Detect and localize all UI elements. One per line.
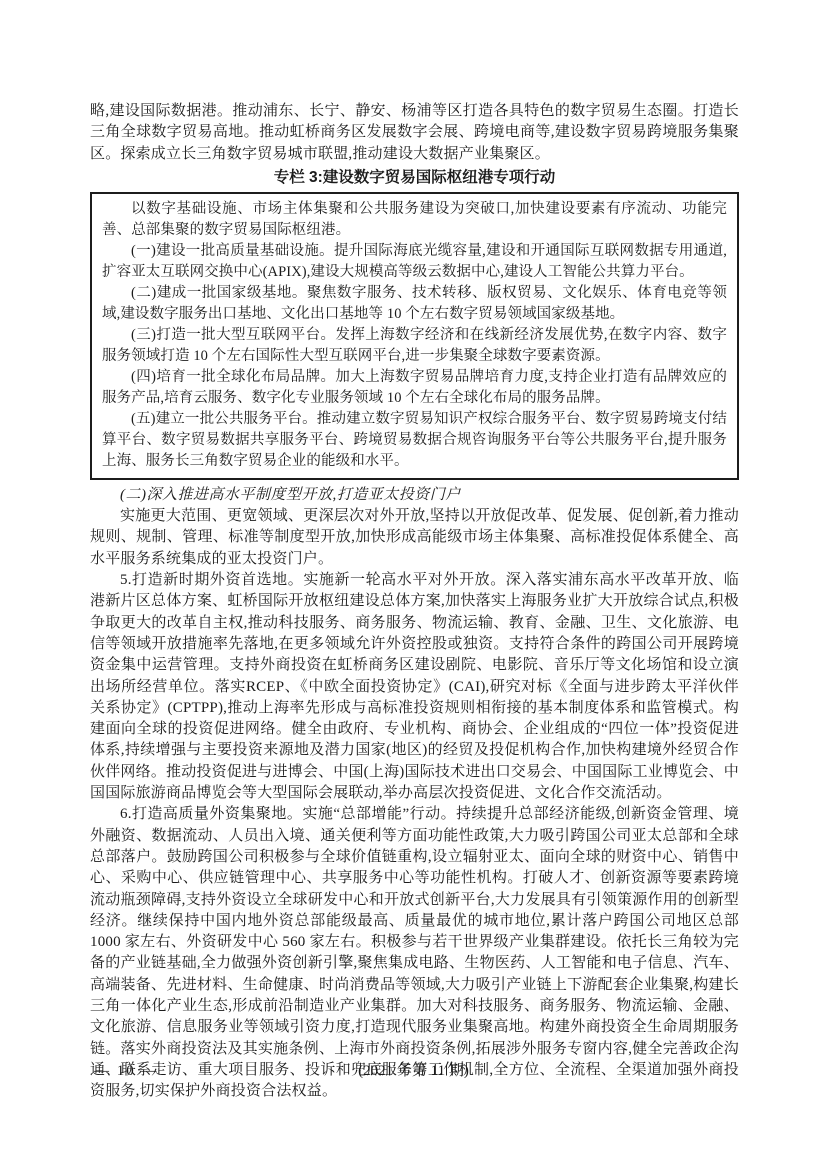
page-footer: — 10 — (2021 年第 11 期) [0, 1061, 827, 1083]
box-paragraph-overview: 以数字基础设施、市场主体集聚和公共服务建设为突破口,加快建设要素有序流动、功能完… [102, 199, 727, 241]
callout-box: 以数字基础设施、市场主体集聚和公共服务建设为突破口,加快建设要素有序流动、功能完… [90, 192, 739, 480]
section-heading: (二)深入推进高水平制度型开放,打造亚太投资门户 [90, 485, 739, 506]
paragraph-foreign-capital-cluster: 6.打造高质量外资集聚地。实施“总部增能”行动。持续提升总部经济能级,创新资金管… [90, 804, 739, 1102]
issue-label: (2021 年第 11 期) [0, 1061, 827, 1082]
box-paragraph-5: (五)建立一批公共服务平台。推动建立数字贸易知识产权综合服务平台、数字贸易跨境支… [102, 409, 727, 472]
box-paragraph-1: (一)建设一批高质量基础设施。提升国际海底光缆容量,建设和开通国际互联网数据专用… [102, 241, 727, 283]
continuation-paragraph: 略,建设国际数据港。推动浦东、长宁、静安、杨浦等区打造各具特色的数字贸易生态圈。… [90, 101, 739, 165]
box-paragraph-3: (三)打造一批大型互联网平台。发挥上海数字经济和在线新经济发展优势,在数字内容、… [102, 325, 727, 367]
box-paragraph-2: (二)建成一批国家级基地。聚焦数字服务、技术转移、版权贸易、文化娱乐、体育电竞等… [102, 283, 727, 325]
box-title: 专栏 3:建设数字贸易国际枢纽港专项行动 [90, 167, 739, 188]
paragraph-open-policy: 实施更大范围、更宽领域、更深层次对外开放,坚持以开放促改革、促发展、促创新,着力… [90, 506, 739, 570]
paragraph-foreign-investment-destination: 5.打造新时期外资首选地。实施新一轮高水平对外开放。深入落实浦东高水平改革开放、… [90, 570, 739, 804]
document-page: 略,建设国际数据港。推动浦东、长宁、静安、杨浦等区打造各具特色的数字贸易生态圈。… [0, 0, 827, 1170]
box-paragraph-4: (四)培育一批全球化布局品牌。加大上海数字贸易品牌培育力度,支持企业打造有品牌效… [102, 367, 727, 409]
